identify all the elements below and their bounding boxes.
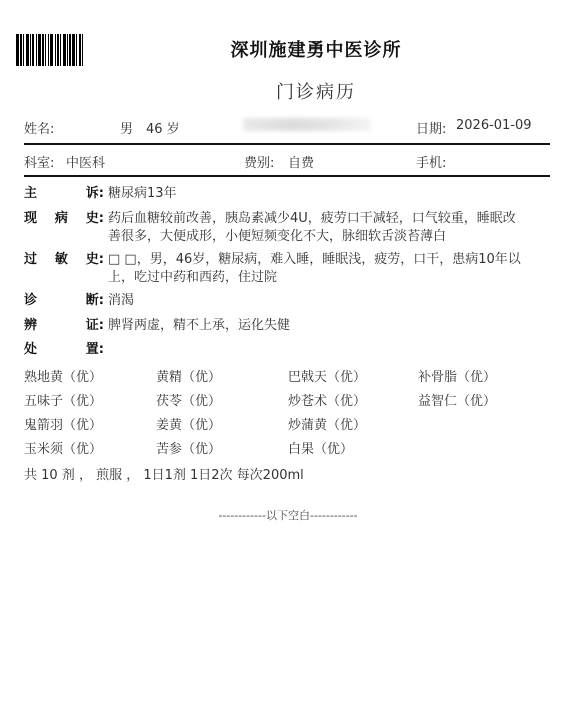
herb-item: 益智仁（优） xyxy=(418,390,496,409)
herb-item: 黄精（优） xyxy=(156,366,221,385)
date-label: 日期: xyxy=(416,118,446,137)
herb-item: 玉米须（优） xyxy=(24,438,102,457)
allergy-history-label: 过 敏 史: xyxy=(24,251,104,269)
herb-item: 苦参（优） xyxy=(156,438,221,457)
document-title: 门诊病历 xyxy=(0,78,572,104)
herb-item: 熟地黄（优） xyxy=(24,366,102,385)
blank-below-note: ------------以下空白------------ xyxy=(0,507,572,523)
present-illness-value: 药后血糖较前改善，胰岛素减少4U，疲劳口干减轻，口气较重，睡眠改 善很多，大便成… xyxy=(108,210,548,246)
department-value: 中医科 xyxy=(66,152,105,171)
present-illness-label: 现 病 史: xyxy=(24,210,104,228)
fee-type-value: 自费 xyxy=(288,152,314,171)
herb-item: 白果（优） xyxy=(288,438,353,457)
herb-item: 巴戟天（优） xyxy=(288,366,366,385)
herb-item: 茯苓（优） xyxy=(156,390,221,409)
herb-item: 炒蒲黄（优） xyxy=(288,414,366,433)
chief-complaint-label: 主 诉: xyxy=(24,185,104,203)
redacted-field xyxy=(243,118,371,131)
herb-item: 炒苍术（优） xyxy=(288,390,366,409)
divider xyxy=(24,175,550,177)
name-label: 姓名: xyxy=(24,118,54,137)
gender-value: 男 xyxy=(120,118,133,137)
age-value: 46 岁 xyxy=(146,118,180,137)
diagnosis-value: 消渴 xyxy=(108,292,548,310)
diagnosis-label: 诊 断: xyxy=(24,292,104,310)
chief-complaint-value: 糖尿病13年 xyxy=(108,185,548,203)
divider xyxy=(24,143,550,145)
herb-item: 鬼箭羽（优） xyxy=(24,414,102,433)
dosage-instructions: 共 10 剂 ， 煎服 ， 1日1剂 1日2次 每次200ml xyxy=(24,464,304,483)
phone-label: 手机: xyxy=(416,152,446,171)
fee-type-label: 费别: xyxy=(244,152,274,171)
herb-item: 五味子（优） xyxy=(24,390,102,409)
department-label: 科室: xyxy=(24,152,54,171)
syndrome-differentiation-value: 脾肾两虚，精不上承，运化失健 xyxy=(108,317,548,335)
herb-item: 补骨脂（优） xyxy=(418,366,496,385)
herb-item: 姜黄（优） xyxy=(156,414,221,433)
date-value: 2026-01-09 xyxy=(456,118,532,133)
syndrome-differentiation-label: 辨 证: xyxy=(24,317,104,335)
treatment-label: 处 置: xyxy=(24,341,104,359)
allergy-history-value: □ □，男，46岁，糖尿病，难入睡，睡眠浅，疲劳，口干，患病10年以 上，吃过中… xyxy=(108,251,548,287)
clinic-name: 深圳施建勇中医诊所 xyxy=(0,36,572,62)
